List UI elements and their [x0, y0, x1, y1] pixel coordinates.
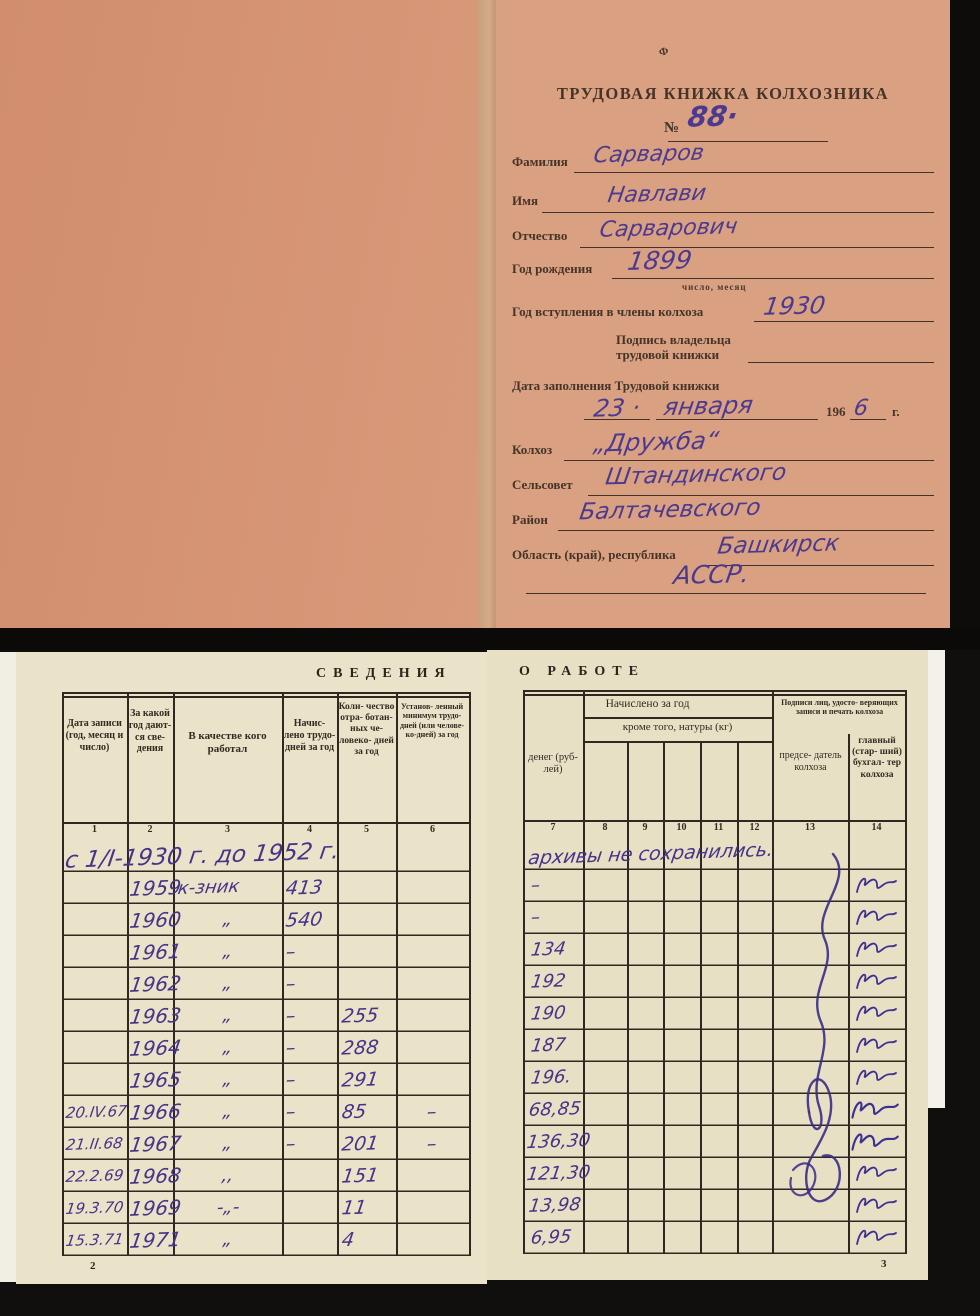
join-year-underline: [754, 320, 934, 322]
table-row: 1961 „ –: [62, 936, 471, 968]
money-cell: 134: [529, 935, 568, 964]
owner-sign-underline: [748, 361, 934, 363]
col-number: 1: [62, 824, 127, 841]
page-fold-edge: [478, 0, 496, 628]
col-header-role: В качестве кого работал: [175, 730, 280, 756]
year-cell: 1964: [128, 1033, 183, 1063]
trudodni-cell: 540: [284, 905, 324, 934]
col-header-money: денег (руб- лей): [525, 752, 581, 777]
mandays-cell: 151: [340, 1161, 380, 1190]
mandays-cell: 288: [340, 1033, 380, 1062]
trudodni-cell: –: [284, 1130, 298, 1158]
table-row: 21.II.68 1967 „ – 201 –: [62, 1128, 471, 1160]
name-underline: [542, 211, 934, 213]
fill-date-year-print: 196: [826, 404, 846, 420]
table-row: 1960 „ 540: [62, 904, 471, 936]
table-rule: [62, 696, 471, 698]
owner-sign-line1: Подпись владельца: [616, 332, 731, 348]
join-year-label: Год вступления в члены колхоза: [512, 304, 703, 320]
mandays-cell: 291: [340, 1065, 380, 1094]
date-cell: 19.3.70: [64, 1193, 126, 1223]
left-page-number: 2: [90, 1260, 96, 1272]
col-header-year: За какой год дают- ся све- дения: [128, 708, 172, 755]
right-page: О РАБОТЕ Начислено за год кроме того, на…: [487, 650, 928, 1280]
page-edge-left: [0, 652, 16, 1282]
col-number: 2: [127, 824, 173, 841]
col-header-trudodni: Начис- лено трудо- дней за год: [283, 718, 336, 753]
col-header-date: Дата записи (год, месяц и число): [64, 718, 125, 753]
money-cell: –: [529, 904, 542, 932]
trudodni-cell: 413: [284, 873, 324, 902]
left-page: СВЕДЕНИЯ Дата записи (год, месяц и число…: [16, 652, 487, 1284]
col-header-chairman: предсе- датель колхоза: [775, 750, 846, 774]
table-row: 15.3.71 1971 „ 4: [62, 1224, 471, 1256]
role-cell: „: [221, 1034, 234, 1062]
table-rule: [583, 717, 772, 719]
mandays-cell: 85: [340, 1098, 368, 1127]
col-number: 9: [627, 822, 663, 839]
min-cell: –: [425, 1098, 439, 1126]
table-rule: [523, 690, 907, 692]
mandays-cell: 201: [340, 1129, 380, 1158]
mandays-cell: 255: [340, 1001, 380, 1030]
right-page-title: О РАБОТЕ: [519, 664, 645, 680]
table-rule: [523, 694, 907, 696]
year-cell: 1963: [128, 1001, 183, 1031]
spread-photo: СВЕДЕНИЯ Дата записи (год, месяц и число…: [0, 650, 980, 1316]
kolkhoz-value: „Дружба“: [592, 426, 721, 457]
money-cell: 6,95: [529, 1223, 573, 1252]
photo-separator: [0, 628, 980, 652]
date-cell: 20.IV.67: [64, 1097, 129, 1127]
birth-year-label: Год рождения: [512, 261, 592, 277]
role-cell: „: [221, 906, 234, 934]
table-row: 1965 „ – 291: [62, 1064, 471, 1096]
number-label: №: [664, 120, 679, 137]
left-page-title: СВЕДЕНИЯ: [316, 666, 452, 682]
fill-date-underline1: [584, 418, 650, 420]
table-row: 1963 „ – 255: [62, 1000, 471, 1032]
birth-year-value: 1899: [626, 245, 694, 276]
table-row: 22.2.69 1968 ,, 151: [62, 1160, 471, 1192]
col-number: 7: [523, 822, 583, 839]
col-number: 6: [396, 824, 469, 841]
min-cell: –: [425, 1130, 439, 1158]
year-cell: 1968: [128, 1161, 183, 1191]
raion-value: Балтачевского: [578, 495, 763, 526]
birth-year-underline: [612, 277, 934, 279]
selsovet-value: Штандинского: [604, 460, 788, 491]
patronymic-label: Отчество: [512, 228, 567, 244]
printers-mark: Ф: [658, 45, 670, 59]
svedeniya-table: Дата записи (год, месяц и число) За како…: [62, 692, 471, 1256]
col-header-min: Установ- ленный минимум трудо- дней (или…: [397, 702, 467, 740]
role-cell: „: [221, 1098, 234, 1126]
oblast-label: Область (край), республика: [512, 547, 676, 563]
surname-underline: [574, 171, 934, 173]
trudodni-cell: –: [284, 1066, 298, 1094]
raion-underline: [558, 529, 934, 531]
page-edge-right: [928, 650, 945, 1108]
year-cell: 1971: [128, 1225, 183, 1255]
fill-date-suffix: г.: [892, 404, 900, 420]
money-cell: 192: [529, 967, 568, 996]
role-cell: „: [221, 970, 234, 998]
surname-label: Фамилия: [512, 154, 568, 170]
table-row: 1962 „ –: [62, 968, 471, 1000]
col-number: 14: [848, 822, 905, 839]
oblast-value: Башкирск: [716, 530, 841, 559]
money-cell: 136,30: [525, 1127, 592, 1157]
name-label: Имя: [512, 193, 538, 209]
group-header-nachisleno: Начислено за год: [523, 698, 772, 712]
col-number: 8: [583, 822, 627, 839]
fill-date-underline3: [850, 418, 886, 420]
col-number: 3: [173, 824, 282, 841]
money-cell: –: [529, 872, 542, 900]
o-rabote-table: Начислено за год кроме того, натуры (кг)…: [523, 690, 907, 1254]
role-cell: „: [221, 1066, 234, 1094]
trudodni-cell: –: [284, 1034, 298, 1062]
col-number: 13: [772, 822, 848, 839]
year-cell: 1966: [128, 1097, 183, 1127]
table-row: 20.IV.67 1966 „ – 85 –: [62, 1096, 471, 1128]
oblast-value2: АССР.: [672, 559, 752, 590]
date-cell: 15.3.71: [64, 1225, 126, 1255]
year-cell: 1967: [128, 1129, 183, 1159]
col-number: 5: [337, 824, 396, 841]
date-cell: 22.2.69: [64, 1161, 126, 1191]
col-header-accountant: главный (стар- ший) бухгал- тер колхоза: [850, 736, 904, 781]
role-cell: -„-: [215, 1194, 241, 1223]
money-cell: 190: [529, 999, 568, 1028]
trudodni-cell: –: [284, 938, 298, 966]
money-cell: 121,30: [525, 1159, 592, 1189]
patronymic-value: Сарварович: [598, 214, 739, 243]
trudodni-cell: –: [284, 970, 298, 998]
year-cell: 1960: [128, 905, 183, 935]
cover-blank-page: [0, 0, 478, 628]
scanned-workbook: Ф ТРУДОВАЯ КНИЖКА КОЛХОЗНИКА № 88· Фамил…: [0, 0, 980, 1316]
selsovet-label: Сельсовет: [512, 477, 573, 493]
name-value: Навлави: [606, 181, 708, 209]
owner-sign-line2: трудовой книжки: [616, 347, 719, 363]
raion-label: Район: [512, 512, 548, 528]
year-cell: 1965: [128, 1065, 183, 1095]
group-header-signs: Подписи лиц, удосто- веряющих записи и п…: [775, 698, 904, 717]
chairman-signature-flourish: [763, 840, 863, 1260]
role-cell: „: [221, 938, 234, 966]
role-cell: ,,: [220, 1162, 235, 1190]
archives-note: архивы не сохранились.: [526, 836, 775, 872]
table-rule: [583, 741, 772, 743]
period-entry: с 1/I-1930 г. до 1952 г.: [63, 837, 341, 874]
year-cell: 1961: [128, 937, 183, 967]
fill-date-underline2: [656, 418, 818, 420]
mandays-cell: 4: [340, 1226, 356, 1254]
role-cell: „: [221, 1226, 234, 1254]
year-cell: 1969: [128, 1193, 183, 1223]
trudodni-cell: –: [284, 1002, 298, 1030]
trudodni-cell: –: [284, 1098, 298, 1126]
money-cell: 187: [529, 1031, 568, 1060]
money-cell: 68,85: [527, 1095, 583, 1125]
cover-photo: Ф ТРУДОВАЯ КНИЖКА КОЛХОЗНИКА № 88· Фамил…: [0, 0, 980, 650]
join-year-value: 1930: [762, 291, 828, 321]
role-cell: к-зник: [176, 873, 242, 903]
table-row: с 1/I-1930 г. до 1952 г.: [62, 840, 471, 872]
col-header-mandays: Коли- чество отра- ботан- ных че- ловеко…: [338, 702, 395, 758]
surname-value: Сарваров: [592, 141, 706, 169]
fill-date-month: января: [662, 391, 755, 421]
table-row: 1964 „ – 288: [62, 1032, 471, 1064]
money-cell: 13,98: [527, 1191, 583, 1221]
role-cell: „: [221, 1002, 234, 1030]
number-value-handwritten: 88·: [685, 99, 740, 133]
table-rule: [62, 692, 471, 694]
date-cell: 21.II.68: [64, 1129, 125, 1159]
kolkhoz-label: Колхоз: [512, 442, 552, 458]
right-page-number: 3: [881, 1258, 887, 1270]
role-cell: „: [221, 1130, 234, 1158]
group-header-natura: кроме того, натуры (кг): [583, 721, 772, 734]
table-row: 19.3.70 1969 -„- 11: [62, 1192, 471, 1224]
year-cell: 1959: [128, 873, 183, 903]
col-number: 10: [663, 822, 700, 839]
table-row: 1959 к-зник 413: [62, 872, 471, 904]
mandays-cell: 11: [340, 1194, 368, 1223]
oblast-underline2: [526, 592, 926, 594]
money-cell: 196.: [529, 1063, 573, 1092]
cover-title-page: Ф ТРУДОВАЯ КНИЖКА КОЛХОЗНИКА № 88· Фамил…: [496, 0, 950, 628]
birth-caption: число, месяц: [682, 282, 747, 292]
year-cell: 1962: [128, 969, 183, 999]
